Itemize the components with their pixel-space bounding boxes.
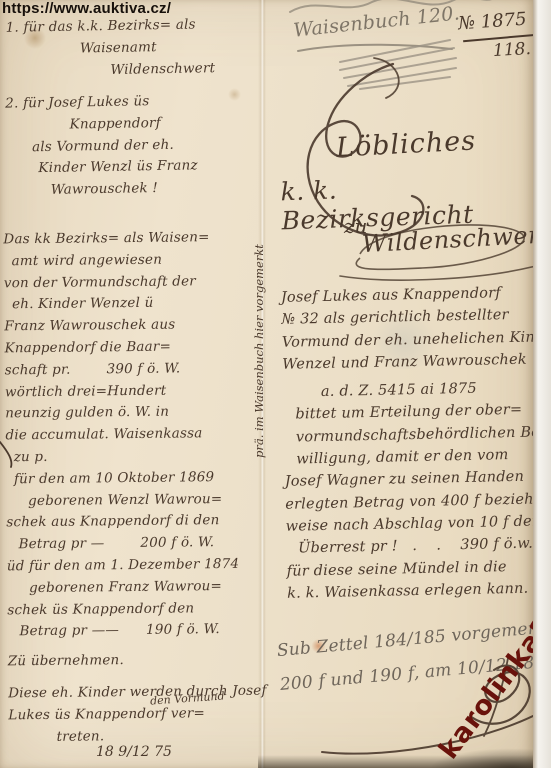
decree-address-2: 2. für Josef Lukes üs Knappendorf als Vo… [5,90,198,202]
decree-line: geborenen Franz Wawrou= [7,575,263,599]
decree-line: Das kk Bezirks= als Waisen= [3,227,259,251]
decree-line: eh. Kinder Wenzel ü [4,292,260,316]
decree-line: schek aus Knappendorf di den [6,510,262,534]
decree-line: Franz Wawrouschek aus [4,314,260,338]
address-line-loebliches: Löbliches [335,125,477,163]
decree-line: Diese eh. Kinder werden durch Josef [8,681,264,705]
decree-date: 18 9/12 75 [96,744,172,760]
decree-line: amt wird angewiesen [4,248,260,272]
petition-line: k. k. Waisenkassa erlegen kann. [287,577,533,605]
document-subnumber: 118. [493,39,532,61]
decree-body: Das kk Bezirks= als Waisen= amt wird ang… [3,227,264,749]
decree-line: Wawrouschek ! [7,178,199,203]
foxing-stain [227,88,242,101]
margin-note-vertical: prä. im Waisenbuch hier vorgemerkt [252,248,266,458]
paper-sheet: https://www.auktiva.cz/ Waisenbuch 120. … [0,0,533,768]
decree-line: die accumulat. Waisenkassa [5,423,261,447]
scan-corner-shadow [430,748,533,768]
decree-line: von der Vormundschaft der [4,270,260,294]
decree-line: Zü übernehmen. [8,649,264,673]
decree-line: Lukes üs Knappendorf ver= [8,702,264,726]
petition-line: Wenzel und Franz Wawrouschek [282,348,533,376]
decree-amount-line: Betrag pr — 200 f ö. W. [6,532,262,556]
decree-line: Wildenschwert [6,58,215,83]
decree-line: neunzig gulden ö. W. in [5,401,261,425]
scanned-letter: https://www.auktiva.cz/ Waisenbuch 120. … [0,0,551,768]
scanner-background [533,0,551,768]
decree-line: Knappendorf die Baar= [4,336,260,360]
decree-line: für den am 10 Oktober 1869 [6,466,262,490]
decree-line: zu p. [6,445,262,469]
margin-tick-mark [0,438,20,470]
decree-address-1: 1. für das k.k. Bezirks= als Waisenamt W… [5,14,215,83]
document-number: № 1875 [457,9,527,35]
decree-line: Kinder Wenzl üs Franz [6,156,198,181]
decree-line: geborenen Wenzl Wawrou= [6,488,262,512]
decree-line: wörtlich drei=Hundert [5,379,261,403]
decree-line: 1. für das k.k. Bezirks= als [5,14,214,39]
decree-line: schek üs Knappendorf den [7,597,263,621]
petition-body: Josef Lukes aus Knappendorf № 32 als ger… [281,281,533,605]
heading-underline-flourish [330,214,533,282]
decree-line: üd für den am 1. Dezember 1874 [7,554,263,578]
decree-amount-line: Betrag pr —— 190 f ö. W. [7,619,263,643]
decree-amount-line: schaft pr. 390 f ö. W. [5,357,261,381]
